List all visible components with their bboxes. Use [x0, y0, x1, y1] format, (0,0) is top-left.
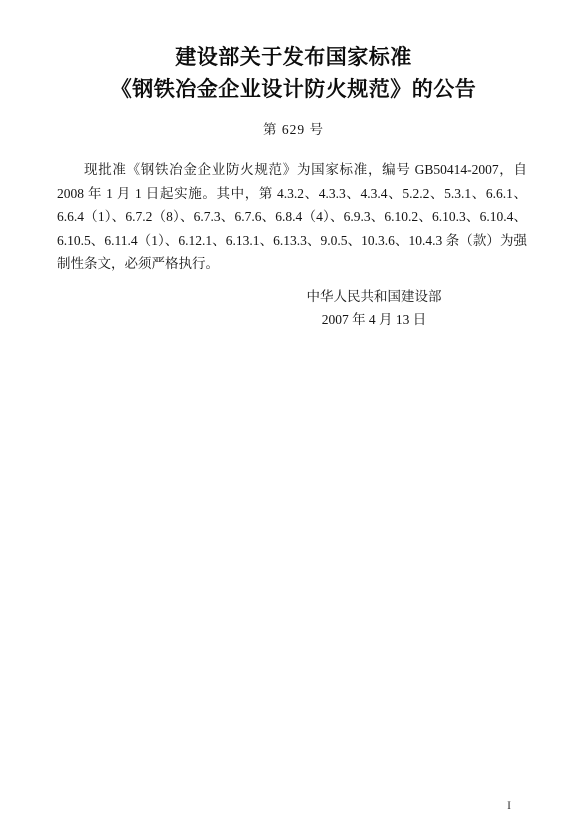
document-number: 第 629 号: [0, 121, 587, 139]
document-page: 建设部关于发布国家标准 《钢铁冶金企业设计防火规范》的公告 第 629 号 现批…: [0, 0, 587, 832]
page-number: I: [507, 800, 511, 812]
document-title-line-1: 建设部关于发布国家标准: [0, 42, 587, 74]
body-paragraph: 现批准《钢铁冶金企业防火规范》为国家标准，编号 GB50414-2007，自 2…: [57, 158, 527, 276]
document-title-line-2: 《钢铁冶金企业设计防火规范》的公告: [0, 74, 587, 106]
issuer-signature: 中华人民共和国建设部: [161, 285, 587, 309]
document-title: 建设部关于发布国家标准 《钢铁冶金企业设计防火规范》的公告: [0, 0, 587, 106]
signature-block: 中华人民共和国建设部 2007 年 4 月 13 日: [161, 285, 587, 332]
issue-date: 2007 年 4 月 13 日: [161, 308, 587, 332]
